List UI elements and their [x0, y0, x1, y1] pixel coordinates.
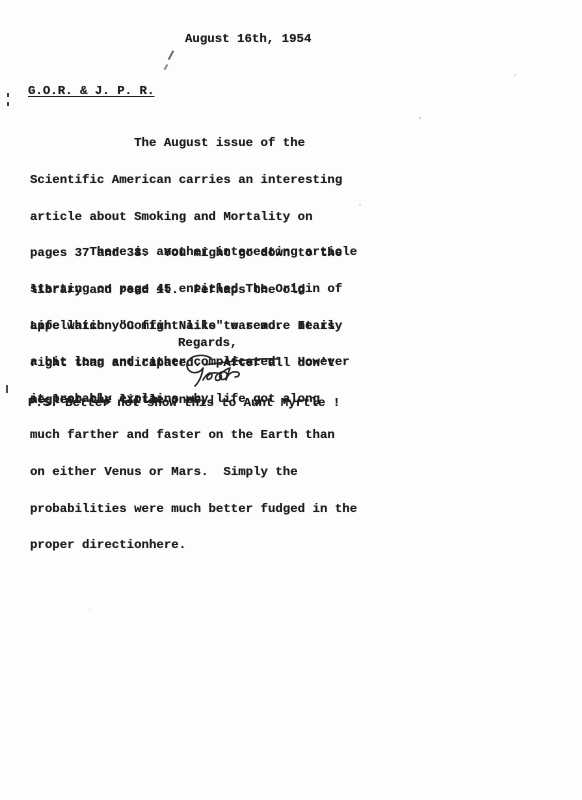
typed-line: article about Smoking and Mortality on	[30, 211, 342, 223]
letter-page: August 16th, 1954 G.O.R. & J. P. R. The …	[0, 0, 582, 800]
typed-line: The August issue of the	[30, 137, 342, 149]
signature-g-stroke	[187, 355, 211, 386]
signature-crossbar-stroke	[204, 359, 278, 365]
typed-line: Scientific American carries an interesti…	[30, 174, 342, 186]
stray-mark-left-bottom	[6, 385, 8, 393]
stray-mark-near-date	[168, 50, 174, 60]
stray-mark-near-date-2	[164, 64, 168, 70]
typed-line: starting on page 45 entitled The Origin …	[30, 283, 357, 295]
salutation-line: G.O.R. & J. P. R.	[28, 85, 154, 97]
typed-line: probabilities were much better fudged in…	[30, 503, 357, 515]
date-line: August 16th, 1954	[185, 33, 311, 45]
postscript-line: P.S. Better not show this to Aunt Myrtle…	[28, 397, 340, 409]
signature-rote-stroke	[203, 368, 239, 380]
typed-line: proper directionhere.	[30, 539, 357, 551]
typed-line: much farther and faster on the Earth tha…	[30, 429, 357, 441]
signature-handwriting: Grote	[180, 350, 285, 394]
stray-mark-left-top	[7, 93, 9, 107]
typed-line: on either Venus or Mars. Simply the	[30, 466, 357, 478]
closing-line: Regards,	[178, 337, 238, 349]
typed-line: Life which you might like to read. It is	[30, 320, 357, 332]
typed-line: There is another interesting article	[30, 246, 357, 258]
